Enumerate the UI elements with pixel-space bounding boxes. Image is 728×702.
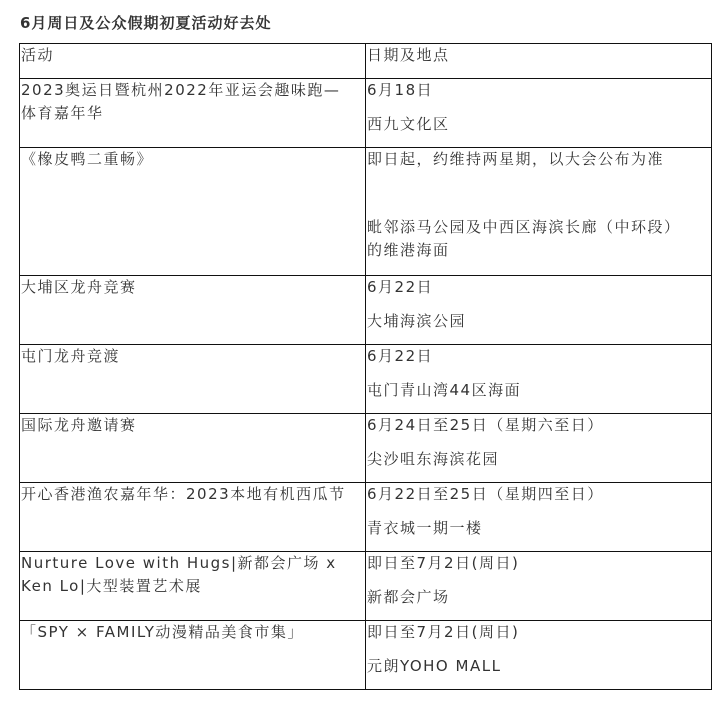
date-location-cell: 6月22日 屯门青山湾44区海面	[366, 345, 712, 414]
table-row: 2023奥运日暨杭州2022年亚运会趣味跑— 体育嘉年华 6月18日 西九文化区	[20, 79, 712, 148]
activity-name: 2023奥运日暨杭州2022年亚运会趣味跑—	[21, 79, 365, 102]
activity-name: 国际龙舟邀请赛	[21, 414, 365, 437]
activity-cell: 大埔区龙舟竞赛	[20, 276, 366, 345]
activity-name: 「SPY × FAMILY动漫精品美食市集」	[21, 621, 365, 644]
activity-cell: 《橡皮鸭二重畅》	[20, 148, 366, 276]
activity-name: 屯门龙舟竞渡	[21, 345, 365, 368]
activity-cell: 国际龙舟邀请赛	[20, 414, 366, 483]
event-date: 6月22日	[367, 276, 711, 299]
event-location: 元朗YOHO MALL	[367, 655, 711, 678]
date-location-cell: 即日至7月2日(周日) 新都会广场	[366, 552, 712, 621]
event-location: 毗邻添马公园及中西区海滨长廊（中环段）	[367, 216, 711, 239]
activity-cell: 屯门龙舟竞渡	[20, 345, 366, 414]
date-location-cell: 6月22日 大埔海滨公园	[366, 276, 712, 345]
spacer	[367, 437, 711, 448]
table-row: 开心香港渔农嘉年华：2023本地有机西瓜节 6月22日至25日（星期四至日） 青…	[20, 483, 712, 552]
activity-name: Nurture Love with Hugs|新都会广场 x	[21, 552, 365, 575]
event-date: 即日至7月2日(周日)	[367, 552, 711, 575]
event-date: 即日起，约维持两星期，以大会公布为准	[367, 148, 711, 171]
event-location: 新都会广场	[367, 586, 711, 609]
activity-name: 《橡皮鸭二重畅》	[21, 148, 365, 171]
activity-cell: Nurture Love with Hugs|新都会广场 x Ken Lo|大型…	[20, 552, 366, 621]
event-date: 6月18日	[367, 79, 711, 102]
activity-name: 体育嘉年华	[21, 102, 365, 125]
event-location: 西九文化区	[367, 113, 711, 136]
header-date-location-label: 日期及地点	[367, 44, 711, 67]
activity-cell: 「SPY × FAMILY动漫精品美食市集」	[20, 621, 366, 690]
event-date: 6月22日至25日（星期四至日）	[367, 483, 711, 506]
activity-cell: 开心香港渔农嘉年华：2023本地有机西瓜节	[20, 483, 366, 552]
spacer	[367, 171, 711, 216]
header-activity: 活动	[20, 44, 366, 79]
header-date-location: 日期及地点	[366, 44, 712, 79]
table-row: 《橡皮鸭二重畅》 即日起，约维持两星期，以大会公布为准 毗邻添马公园及中西区海滨…	[20, 148, 712, 276]
activity-name: Ken Lo|大型装置艺术展	[21, 575, 365, 598]
date-location-cell: 6月24日至25日（星期六至日） 尖沙咀东海滨花园	[366, 414, 712, 483]
date-location-cell: 6月22日至25日（星期四至日） 青衣城一期一楼	[366, 483, 712, 552]
header-activity-label: 活动	[21, 44, 365, 67]
spacer	[367, 506, 711, 517]
table-row: 国际龙舟邀请赛 6月24日至25日（星期六至日） 尖沙咀东海滨花园	[20, 414, 712, 483]
events-table: 活动 日期及地点 2023奥运日暨杭州2022年亚运会趣味跑— 体育嘉年华 6月…	[19, 43, 712, 690]
activity-name: 大埔区龙舟竞赛	[21, 276, 365, 299]
event-location: 尖沙咀东海滨花园	[367, 448, 711, 471]
table-row: Nurture Love with Hugs|新都会广场 x Ken Lo|大型…	[20, 552, 712, 621]
table-header-row: 活动 日期及地点	[20, 44, 712, 79]
event-location: 青衣城一期一楼	[367, 517, 711, 540]
activity-cell: 2023奥运日暨杭州2022年亚运会趣味跑— 体育嘉年华	[20, 79, 366, 148]
event-date: 即日至7月2日(周日)	[367, 621, 711, 644]
event-date: 6月22日	[367, 345, 711, 368]
date-location-cell: 即日至7月2日(周日) 元朗YOHO MALL	[366, 621, 712, 690]
activity-name: 开心香港渔农嘉年华：2023本地有机西瓜节	[21, 483, 365, 506]
spacer	[367, 368, 711, 379]
spacer	[367, 575, 711, 586]
spacer	[367, 644, 711, 655]
event-location: 的维港海面	[367, 239, 711, 262]
spacer	[367, 102, 711, 113]
event-location: 屯门青山湾44区海面	[367, 379, 711, 402]
table-row: 大埔区龙舟竞赛 6月22日 大埔海滨公园	[20, 276, 712, 345]
page-title: 6月周日及公众假期初夏活动好去处	[20, 12, 271, 33]
spacer	[367, 299, 711, 310]
event-date: 6月24日至25日（星期六至日）	[367, 414, 711, 437]
table-row: 「SPY × FAMILY动漫精品美食市集」 即日至7月2日(周日) 元朗YOH…	[20, 621, 712, 690]
date-location-cell: 即日起，约维持两星期，以大会公布为准 毗邻添马公园及中西区海滨长廊（中环段） 的…	[366, 148, 712, 276]
event-location: 大埔海滨公园	[367, 310, 711, 333]
date-location-cell: 6月18日 西九文化区	[366, 79, 712, 148]
table-row: 屯门龙舟竞渡 6月22日 屯门青山湾44区海面	[20, 345, 712, 414]
